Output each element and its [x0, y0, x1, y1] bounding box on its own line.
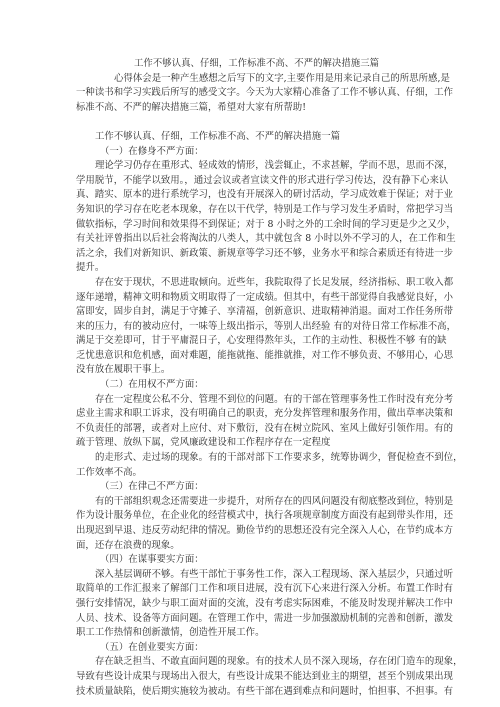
paragraph-line: 的走形式、走过场的现象。有的干部对部下工作要求多，统筹协调少，督促检查不到位，	[76, 451, 426, 466]
paragraph-line: 技术质量缺陷，使后期实施较为被动。有些干部在遇到难点和问题时，怕担事、不担事。有	[76, 685, 426, 700]
document-title: 工作不够认真、仔细，工作标准不高、不严的解决措施三篇	[76, 57, 426, 72]
paragraph-line: 学用脱节，不能学以致用。，通过会议或者宣读文件的形式进行学习传达，没有静下心来认	[76, 174, 426, 189]
section-heading: （三）在律己不严方面：	[76, 480, 426, 495]
paragraph-line: 理论学习仍存在重形式、轻成效的情形，浅尝辄止，不求甚解，学而不思，思而不深，	[76, 159, 426, 174]
paragraph-line: 逐年递增，精神文明和物质文明取得了一定成绩。但其中，有些干部觉得自我感觉良好，小	[76, 291, 426, 306]
section-heading: （四）在谋事要实方面：	[76, 553, 426, 568]
paragraph-line: 不负责任的部署，或者对上应付、对下敷衍，没有在树立院风、室风上做好引领作用。有的	[76, 422, 426, 437]
paragraph-line: 工作效率不高。	[76, 466, 426, 481]
paragraph-line: 存在一定程度公私不分、管理不到位的问题。有的干部在管理事务性工作时没有充分考	[76, 393, 426, 408]
paragraph-line: 提升。	[76, 261, 426, 276]
paragraph-line: 人员、技术、设备等方面问题。在管理工作中，需进一步加强激励机制的完善和创新，激发	[76, 612, 426, 627]
intro-line: 标准不高、不严的解决措施三篇，希望对大家有所帮助!	[76, 101, 426, 116]
section-title: 工作不够认真、仔细，工作标准不高、不严的解决措施一篇	[76, 130, 426, 145]
paragraph-line: 深入基层调研不够。有些干部忙于事务性工作，深入工程现场、深入基层少，只通过听	[76, 568, 426, 583]
paragraph-line: 取简单的工作汇报来了解部门工作和项目进展，没有沉下心来进行深入分析。布置工作时有	[76, 582, 426, 597]
section-heading: （一）在修身不严方面：	[76, 145, 426, 160]
paragraph-line: 没有放在履职干事上。	[76, 363, 426, 378]
paragraph-line: 职工工作热情和创新激情，创造性开展工作。	[76, 626, 426, 641]
paragraph-line: 乏忧患意识和危机感，面对难题，能拖就拖、能推就推，对工作不够负责、不够用心，心思	[76, 349, 426, 364]
paragraph-line: 有关社评曾指出以后社会将淘汰的八类人，其中就包含 8 小时以外不学习的人，在工作…	[76, 232, 426, 247]
blank-line	[76, 115, 426, 130]
section-heading: （五）在创业要实方面：	[76, 641, 426, 656]
paragraph-line: 有的干部组织观念还需要进一步提升，对所存在的四风问题没有彻底整改到位，特别是	[76, 495, 426, 510]
intro-line: 心得体会是一种产生感想之后写下的文字,主要作用是用来记录自己的所思所感,是	[76, 72, 426, 87]
paragraph-line: 存在缺乏担当、不敢直面问题的现象。有的技术人员不深入现场，存在闭门造车的现象，	[76, 655, 426, 670]
paragraph-line: 真、踏实、原本的进行系统学习，也没有开展深入的研讨活动，学习成效难于保证；对于业	[76, 188, 426, 203]
paragraph-line: 活之余，我们对新知识、新政策、新规章等学习还不够，业务水平和综合素质还有待进一步	[76, 247, 426, 262]
paragraph-line: 面，还存在浪费的现象。	[76, 539, 426, 554]
paragraph-line: 做软指标，学习时间和效果得不到保证；对于 8 小时之外的工余时间的学习更是少之又…	[76, 218, 426, 233]
paragraph-line: 满足于交差即可，甘于平庸混日子，心安理得熬年头，工作的主动性、积极性不够 有的缺	[76, 334, 426, 349]
paragraph-line: 虑业主需求和职工诉求，没有明确自己的职责，充分发挥管理和服务作用，做出草率决策和	[76, 407, 426, 422]
section-heading: （二）在用权不严方面：	[76, 378, 426, 393]
document-page: 工作不够认真、仔细，工作标准不高、不严的解决措施三篇 心得体会是一种产生感想之后…	[0, 0, 500, 707]
paragraph-line: 作为设计服务单位，在企业化的经营模式中，执行各项规章制度方面没有起到带头作用，还	[76, 509, 426, 524]
paragraph-line: 疏于管理、放纵下属，党风廉政建设和工作程序存在一定程度	[76, 436, 426, 451]
paragraph-line: 导致有些设计成果与现场出入很大，有些设计成果不能达到业主的期望，甚至个别成果出现	[76, 670, 426, 685]
paragraph-line: 来的压力，有的被动应付，一味等上级出指示，等别人出经验 有的对待日常工作标准不高…	[76, 320, 426, 335]
document-body: 工作不够认真、仔细，工作标准不高、不严的解决措施三篇 心得体会是一种产生感想之后…	[76, 57, 426, 699]
paragraph-line: 务知识的学习存在吃老本现象，存在以干代学，特别是工作与学习发生矛盾时，常把学习当	[76, 203, 426, 218]
intro-line: 一种读书和学习实践后所写的感受文字。今天为大家精心准备了工作不够认真、仔细，工作	[76, 86, 426, 101]
paragraph-line: 强行安排情况，缺少与职工面对面的交流，没有考虑实际困难，不能及时发现并解决工作中	[76, 597, 426, 612]
paragraph-line: 出现迟到早退、违反劳动纪律的情况。勤俭节约的思想还没有完全深入人心，在节约成本方	[76, 524, 426, 539]
paragraph-line: 富即安，固步自封，满足于守摊子、享清福，创新意识、进取精神消退。面对工作任务所带	[76, 305, 426, 320]
paragraph-line: 存在安于现状，不思进取倾向。近些年，我院取得了长足发展，经济指标、职工收入都	[76, 276, 426, 291]
